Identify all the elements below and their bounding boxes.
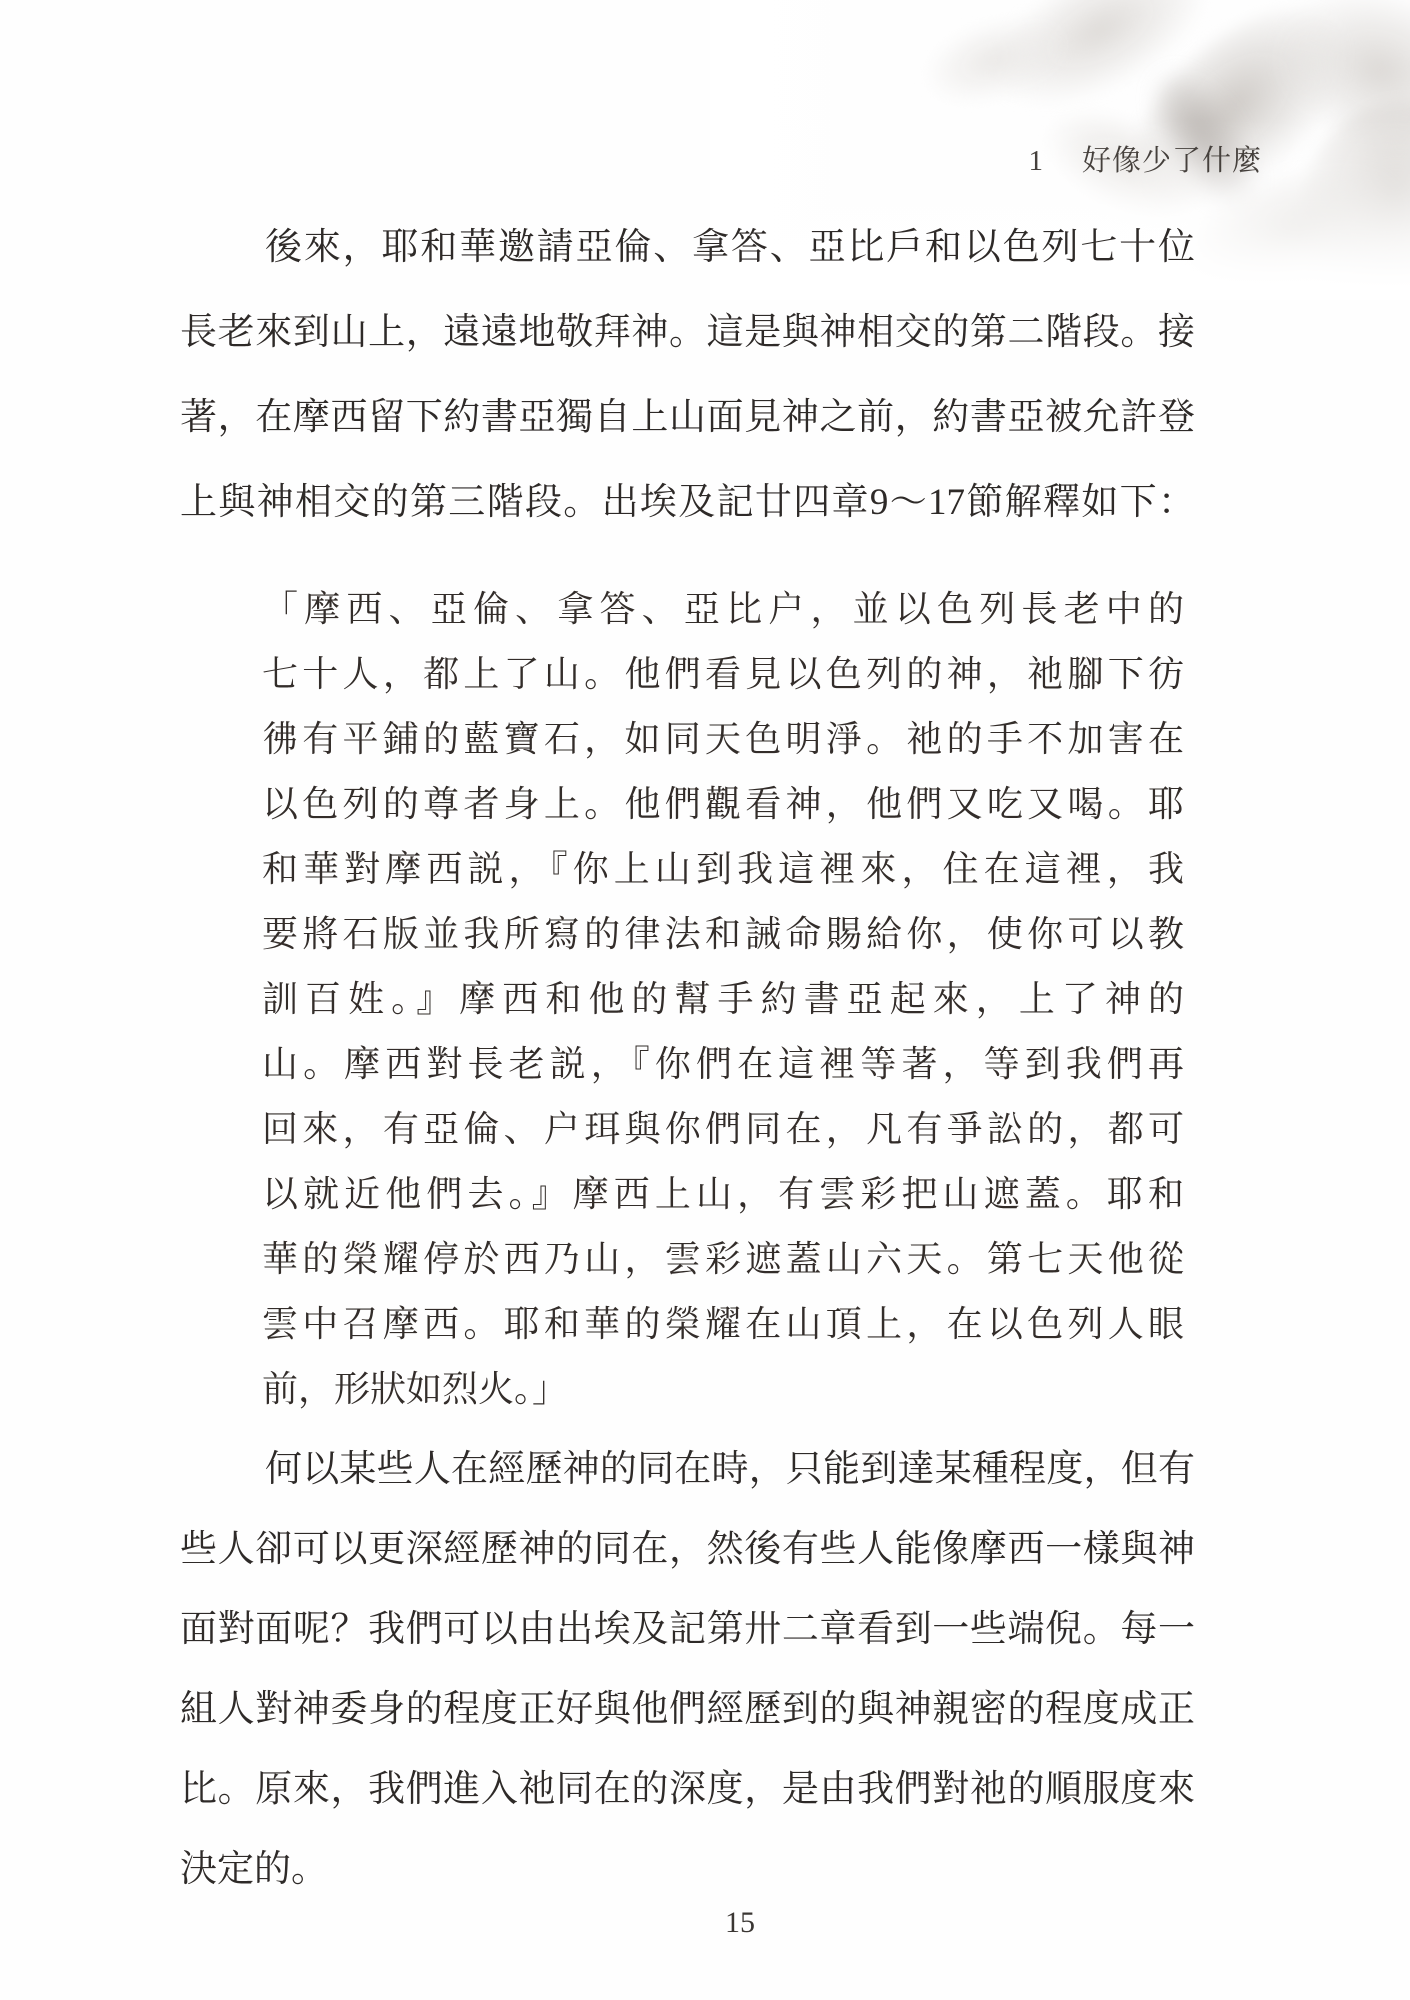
flower-petal [966,0,1234,139]
text-line: 山。摩西對長老説，『你們在這裡等著，等到我們再 [262,1032,1184,1097]
paragraph-opening: 後來，耶和華邀請亞倫、拿答、亞比戶和以色列七十位長老來到山上，遠遠地敬拜神。這是… [180,205,1195,545]
text-line: 比。原來，我們進入祂同在的深度，是由我們對祂的順服度來 [180,1750,1195,1830]
text-line: 回來，有亞倫、户珥與你們同在，凡有爭訟的，都可 [262,1097,1184,1162]
chapter-title: 好像少了什麼 [1082,138,1262,179]
text-line: 何以某些人在經歷神的同在時，只能到達某種程度，但有 [180,1430,1195,1510]
text-line: 面對面呢？我們可以由出埃及記第卅二章看到一些端倪。每一 [180,1590,1195,1670]
flower-petal [911,0,1078,121]
chapter-number: 1 [1028,145,1044,178]
text-line: 後來，耶和華邀請亞倫、拿答、亞比戶和以色列七十位 [180,205,1195,290]
text-line: 著，在摩西留下約書亞獨自上山面見神之前，約書亞被允許登 [180,375,1195,460]
text-line: 長老來到山上，遠遠地敬拜神。這是與神相交的第二階段。接 [180,290,1195,375]
text-line: 華的榮耀停於西乃山，雲彩遮蓋山六天。第七天他從 [262,1227,1184,1292]
text-line: 以就近他們去。』摩西上山，有雲彩把山遮蓋。耶和 [262,1162,1184,1227]
text-line: 「摩西、亞倫、拿答、亞比户，並以色列長老中的 [262,577,1184,642]
flower-petal [1251,0,1410,180]
text-line: 上與神相交的第三階段。出埃及記廿四章9～17節解釋如下： [180,460,1195,545]
text-line: 些人卻可以更深經歷神的同在，然後有些人能像摩西一樣與神 [180,1510,1195,1590]
scripture-quote: 「摩西、亞倫、拿答、亞比户，並以色列長老中的七十人，都上了山。他們看見以色列的神… [262,577,1184,1422]
text-line: 七十人，都上了山。他們看見以色列的神，祂腳下彷 [262,642,1184,707]
text-line: 訓百姓。』摩西和他的幫手約書亞起來，上了神的 [262,967,1184,1032]
text-line: 以色列的尊者身上。他們觀看神，他們又吃又喝。耶 [262,772,1184,837]
text-line: 要將石版並我所寫的律法和誡命賜給你，使你可以教 [262,902,1184,967]
text-line: 前，形狀如烈火。」 [262,1357,1184,1422]
text-line: 彿有平鋪的藍寶石，如同天色明淨。祂的手不加害在 [262,707,1184,772]
running-header: 1 好像少了什麼 [1028,138,1262,179]
text-line: 雲中召摩西。耶和華的榮耀在山頂上，在以色列人眼 [262,1292,1184,1357]
text-line: 決定的。 [180,1830,1195,1910]
text-line: 組人對神委身的程度正好與他們經歷到的與神親密的程度成正 [180,1670,1195,1750]
page-number: 15 [725,1906,755,1940]
text-line: 和華對摩西説，『你上山到我這裡來，住在這裡，我 [262,837,1184,902]
paragraph-commentary: 何以某些人在經歷神的同在時，只能到達某種程度，但有些人卻可以更深經歷神的同在，然… [180,1430,1195,1910]
book-page: 1 好像少了什麼 後來，耶和華邀請亞倫、拿答、亞比戶和以色列七十位長老來到山上，… [0,0,1410,2000]
flower-petal [1285,87,1410,300]
